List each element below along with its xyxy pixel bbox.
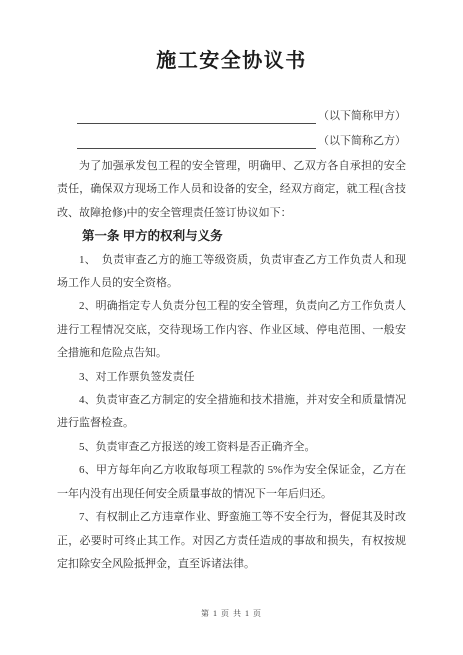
party-b-blank-line[interactable] [77,123,316,149]
clause-item-3: 3、对工作票负签发责任 [57,366,406,389]
clause-item-5: 5、负责审查乙方报送的竣工资料是否正确齐全。 [57,436,406,459]
party-row-b: （以下简称乙方） [57,124,406,149]
footer-page-number: 第 1 页 共 1 页 [0,608,463,619]
page-title: 施工安全协议书 [57,0,406,73]
clause-item-4: 4、负责审查乙方制定的安全措施和技术措施，并对安全和质量情况进行监督检查。 [57,389,406,436]
document-body: 为了加强承发包工程的安全管理，明确甲、乙双方各自承担的安全责任，确保双方现场工作… [57,155,406,576]
clause-item-1: 1、 负责审查乙方的施工等级资质，负责审查乙方工作负责人和现场工作人员的安全资格… [57,249,406,296]
party-row-a: （以下简称甲方） [57,99,406,124]
section-heading: 第一条 甲方的权利与义务 [57,225,406,248]
clause-item-6: 6、甲方每年向乙方收取每项工程款的 5%作为安全保证金，乙方在一年内没有出现任何… [57,459,406,506]
clause-item-7: 7、有权制止乙方违章作业、野蛮施工等不安全行为，督促其及时改正，必要时可终止其工… [57,506,406,576]
intro-paragraph: 为了加强承发包工程的安全管理，明确甲、乙双方各自承担的安全责任，确保双方现场工作… [57,155,406,225]
party-section: （以下简称甲方） （以下简称乙方） [57,99,406,149]
party-a-label: （以下简称甲方） [316,109,406,124]
document-page: 施工安全协议书 （以下简称甲方） （以下简称乙方） 为了加强承发包工程的安全管理… [0,0,463,655]
clause-item-2: 2、明确指定专人负责分包工程的安全管理，负责向乙方工作负责人进行工程情况交底，交… [57,295,406,365]
party-a-blank-line[interactable] [77,98,316,124]
party-b-label: （以下简称乙方） [316,134,406,149]
